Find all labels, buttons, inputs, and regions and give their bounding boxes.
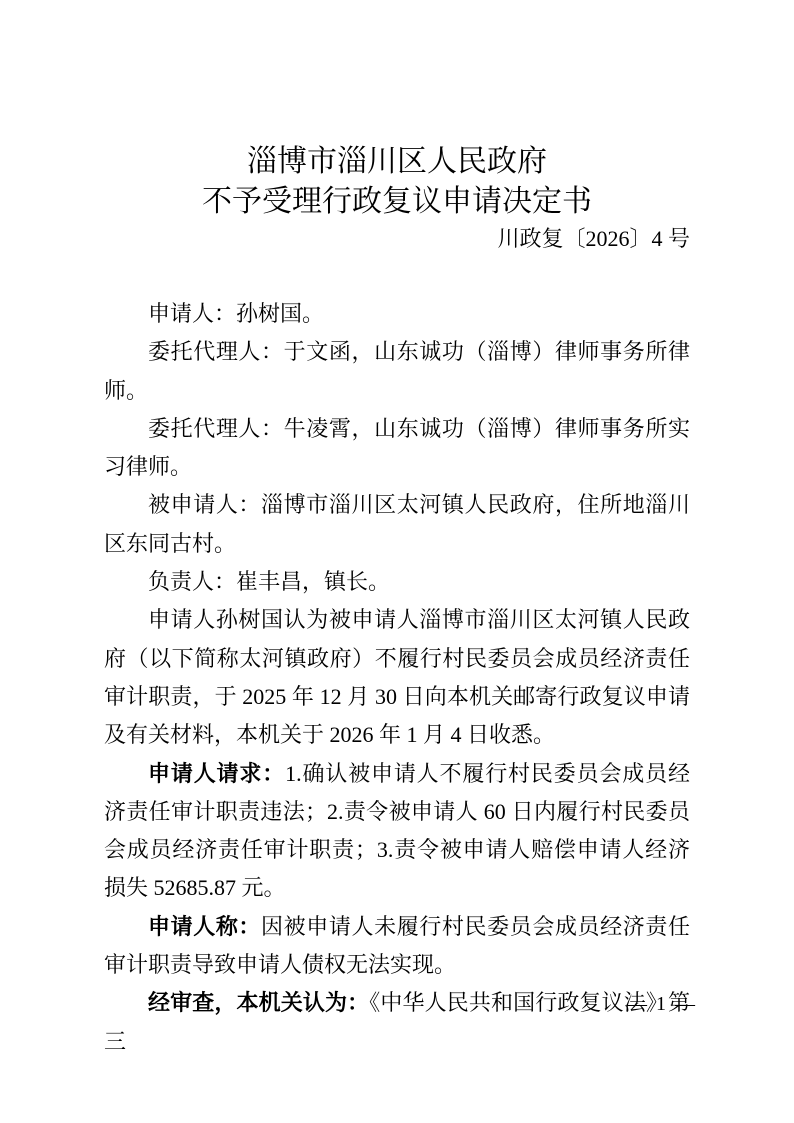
paragraph-text: 申请人：孙树国。 (148, 301, 324, 326)
paragraph-text: 委托代理人：牛凌霄，山东诚功（淄博）律师事务所实习律师。 (104, 416, 690, 479)
paragraph-lead: 申请人称： (148, 914, 261, 939)
document-title: 淄博市淄川区人民政府 不予受理行政复议申请决定书 (104, 142, 690, 222)
paragraph-agent-2: 委托代理人：牛凌霄，山东诚功（淄博）律师事务所实习律师。 (104, 410, 690, 487)
paragraph-agent-1: 委托代理人：于文函，山东诚功（淄博）律师事务所律师。 (104, 333, 690, 410)
paragraph-requests: 申请人请求：1.确认被申请人不履行村民委员会成员经济责任审计职责违法；2.责令被… (104, 755, 690, 908)
paragraph-text: 负责人：崔丰昌，镇长。 (148, 569, 390, 594)
document-content: 淄博市淄川区人民政府 不予受理行政复议申请决定书 川政复〔2026〕4 号 申请… (104, 142, 690, 1061)
paragraph-applicant: 申请人：孙树国。 (104, 295, 690, 333)
title-line-1: 淄博市淄川区人民政府 (104, 142, 690, 182)
paragraph-lead: 经审查，本机关认为： (148, 990, 369, 1015)
paragraph-text: 委托代理人：于文函，山东诚功（淄博）律师事务所律师。 (104, 339, 690, 402)
paragraph-text: 申请人孙树国认为被申请人淄博市淄川区太河镇人民政府（以下简称太河镇政府）不履行村… (104, 607, 690, 747)
page-number: — 1 — (627, 993, 697, 1016)
paragraph-respondent-head: 负责人：崔丰昌，镇长。 (104, 563, 690, 601)
title-line-2: 不予受理行政复议申请决定书 (104, 182, 690, 222)
document-number: 川政复〔2026〕4 号 (104, 224, 690, 254)
paragraph-lead: 申请人请求： (148, 761, 285, 786)
paragraph-case-summary: 申请人孙树国认为被申请人淄博市淄川区太河镇人民政府（以下简称太河镇政府）不履行村… (104, 601, 690, 754)
document-body: 申请人：孙树国。 委托代理人：于文函，山东诚功（淄博）律师事务所律师。 委托代理… (104, 295, 690, 1061)
paragraph-review-opinion: 经审查，本机关认为：《中华人民共和国行政复议法》第三 (104, 984, 690, 1061)
paragraph-text: 被申请人：淄博市淄川区太河镇人民政府，住所地淄川区东同古村。 (104, 492, 690, 555)
document-page: 淄博市淄川区人民政府 不予受理行政复议申请决定书 川政复〔2026〕4 号 申请… (0, 0, 794, 1123)
paragraph-claims: 申请人称：因被申请人未履行村民委员会成员经济责任审计职责导致申请人债权无法实现。 (104, 908, 690, 985)
paragraph-respondent: 被申请人：淄博市淄川区太河镇人民政府，住所地淄川区东同古村。 (104, 486, 690, 563)
